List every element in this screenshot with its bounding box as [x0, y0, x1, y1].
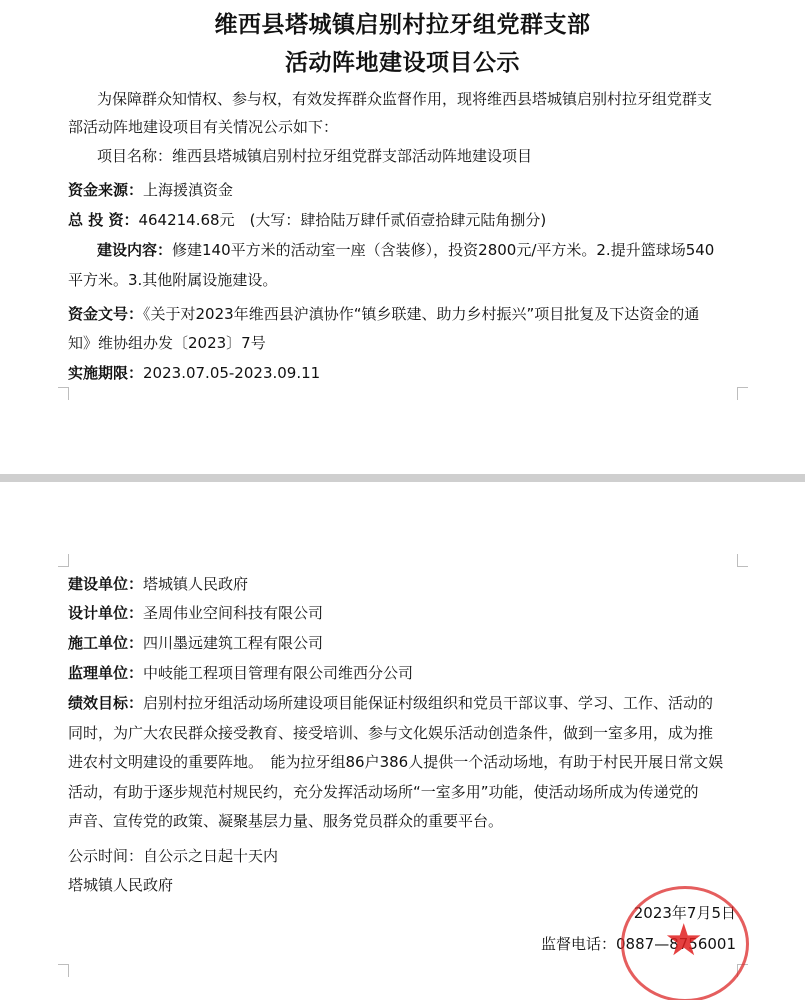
- unit-value: 塔城镇人民政府: [143, 575, 248, 593]
- construction-content-line-1: 建设内容：修建140平方米的活动室一座（含装修），投资2800元/平方米。2.提…: [97, 240, 714, 260]
- construction-content-label: 建设内容：: [97, 241, 172, 259]
- star-icon: ★: [664, 919, 703, 963]
- implementation-period-value: 2023.07.05-2023.09.11: [143, 364, 320, 382]
- unit-label: 设计单位：: [68, 604, 143, 622]
- title-line-1: 维西县塔城镇启别村拉牙组党群支部: [0, 6, 805, 39]
- unit-contractor: 施工单位：四川墨远建筑工程有限公司: [68, 633, 323, 653]
- fund-source: 资金来源：上海援滇资金: [68, 180, 233, 200]
- official-seal: ★: [621, 886, 749, 1000]
- unit-label: 监理单位：: [68, 664, 143, 682]
- unit-value: 圣周伟业空间科技有限公司: [143, 604, 323, 622]
- construction-content-text: 修建140平方米的活动室一座（含装修），投资2800元/平方米。2.提升篮球场5…: [172, 241, 714, 259]
- publicity-period: 公示时间：自公示之日起十天内: [68, 846, 278, 866]
- performance-goal-label: 绩效目标：: [68, 694, 143, 712]
- unit-design: 设计单位：圣周伟业空间科技有限公司: [68, 603, 323, 623]
- performance-goal-line-1: 绩效目标：启别村拉牙组活动场所建设项目能保证村级组织和党员干部议事、学习、工作、…: [68, 693, 713, 713]
- fund-document-label: 资金文号：: [68, 305, 143, 323]
- unit-value: 中岐能工程项目管理有限公司维西分公司: [143, 664, 413, 682]
- page-corner-mark: [58, 554, 69, 567]
- implementation-period-label: 实施期限：: [68, 364, 143, 382]
- fund-document-text: 《关于对2023年维西县沪滇协作“镇乡联建、助力乡村振兴”项目批复及下达资金的通: [143, 305, 699, 323]
- project-name: 项目名称：维西县塔城镇启别村拉牙组党群支部活动阵地建设项目: [97, 146, 532, 166]
- title-line-2: 活动阵地建设项目公示: [0, 44, 805, 77]
- fund-source-label: 资金来源：: [68, 181, 143, 199]
- total-investment: 总 投 资：464214.68元 (大写：肆拾陆万肆仟贰佰壹拾肆元陆角捌分): [68, 210, 546, 230]
- project-name-value: 维西县塔城镇启别村拉牙组党群支部活动阵地建设项目: [172, 147, 532, 165]
- project-name-label: 项目名称：: [97, 147, 172, 165]
- page-corner-mark: [58, 387, 69, 400]
- page-corner-mark: [737, 387, 748, 400]
- performance-goal-text: 启别村拉牙组活动场所建设项目能保证村级组织和党员干部议事、学习、工作、活动的: [143, 694, 713, 712]
- unit-construction: 建设单位：塔城镇人民政府: [68, 574, 248, 594]
- fund-document-line-1: 资金文号：《关于对2023年维西县沪滇协作“镇乡联建、助力乡村振兴”项目批复及下…: [68, 304, 699, 324]
- fund-document-line-2: 知》维协组办发〔2023〕7号: [68, 333, 266, 353]
- unit-label: 建设单位：: [68, 575, 143, 593]
- page-corner-mark: [737, 554, 748, 567]
- page-separator: [0, 474, 805, 482]
- total-investment-label: 总 投 资：: [68, 211, 138, 229]
- implementation-period: 实施期限：2023.07.05-2023.09.11: [68, 363, 320, 383]
- unit-label: 施工单位：: [68, 634, 143, 652]
- unit-value: 四川墨远建筑工程有限公司: [143, 634, 323, 652]
- intro-line-2: 部活动阵地建设项目有关情况公示如下：: [68, 117, 338, 137]
- performance-goal-line-4: 活动，有助于逐步规范村规民约，充分发挥活动场所“一室多用”功能，使活动场所成为传…: [68, 782, 699, 802]
- issuer: 塔城镇人民政府: [68, 875, 173, 895]
- performance-goal-line-2: 同时，为广大农民群众接受教育、接受培训、参与文化娱乐活动创造条件，做到一室多用，…: [68, 723, 713, 743]
- document-page-1: 维西县塔城镇启别村拉牙组党群支部 活动阵地建设项目公示 为保障群众知情权、参与权…: [0, 0, 805, 476]
- construction-content-line-2: 平方米。3.其他附属设施建设。: [68, 270, 277, 290]
- performance-goal-line-3: 进农村文明建设的重要阵地。 能为拉牙组86户386人提供一个活动场地，有助于村民…: [68, 752, 723, 772]
- performance-goal-line-5: 声音、宣传党的政策、凝聚基层力量、服务党员群众的重要平台。: [68, 811, 503, 831]
- page-corner-mark: [58, 964, 69, 977]
- fund-source-value: 上海援滇资金: [143, 181, 233, 199]
- total-investment-value: 464214.68元 (大写：肆拾陆万肆仟贰佰壹拾肆元陆角捌分): [138, 211, 546, 229]
- intro-line-1: 为保障群众知情权、参与权，有效发挥群众监督作用，现将维西县塔城镇启别村拉牙组党群…: [97, 89, 712, 109]
- unit-supervisor: 监理单位：中岐能工程项目管理有限公司维西分公司: [68, 663, 413, 683]
